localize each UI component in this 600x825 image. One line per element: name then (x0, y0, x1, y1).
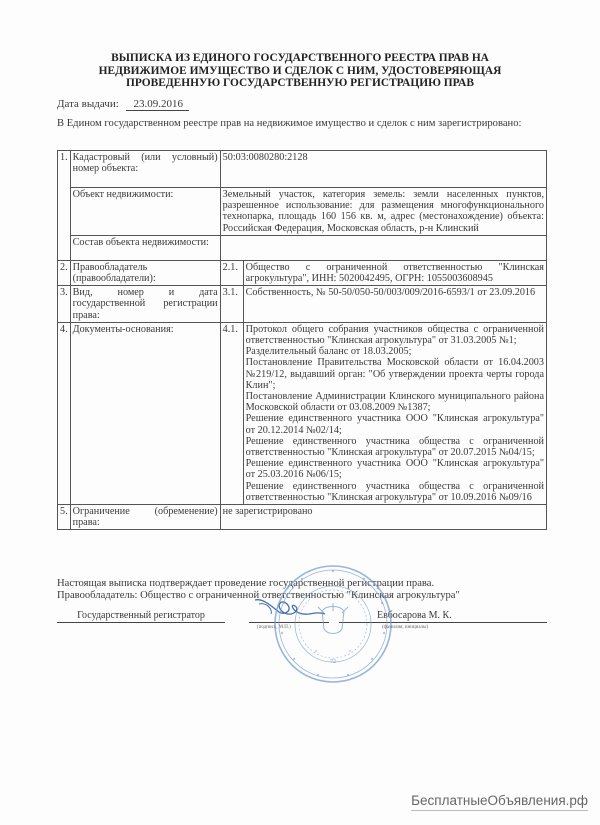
table-row: 1. Кадастровый (или условный) номер объе… (58, 151, 547, 188)
row-number: 3. (58, 286, 71, 323)
watermark: БесплатныеОбъявления.рф (411, 793, 588, 811)
rightholder-label: Правообладатель (правообладатели): (70, 260, 220, 285)
title-line: ВЫПИСКА ИЗ ЕДИНОГО ГОСУДАРСТВЕННОГО РЕЕС… (60, 52, 540, 65)
object-value: Земельный участок, категория земель: зем… (220, 188, 546, 236)
table-row: 4. Документы-основания: 4.1. Протокол об… (58, 322, 547, 504)
table-row: Состав объекта недвижимости: (58, 235, 547, 260)
document-entry: Протокол общего собрания участников обще… (246, 324, 544, 346)
document-entry: Решение единственного участника общества… (246, 481, 544, 503)
sub-number: 3.1. (220, 286, 243, 323)
document-entry: Постановление Администрации Клинского му… (246, 391, 544, 413)
encumbrance-value: не зарегистрировано (220, 505, 546, 530)
registrar-name: Евбосарова М. К. (339, 610, 547, 623)
documents-label: Документы-основания: (70, 322, 220, 504)
documents-list: Протокол общего собрания участников обще… (243, 322, 546, 504)
signature-block: Государственный регистратор (подпись, М.… (57, 610, 547, 640)
row-number: 1. (58, 151, 71, 261)
document-entry: Разделительный баланс от 18.03.2005; (246, 346, 544, 357)
registration-label: Вид, номер и дата государственной регист… (70, 286, 220, 323)
name-caption: (фамилия, инициалы) (382, 625, 428, 630)
title-line: ПРОВЕДЕННУЮ ГОСУДАРСТВЕННУЮ РЕГИСТРАЦИЮ … (60, 77, 540, 90)
encumbrance-label: Ограничение (обременение) права: (70, 505, 220, 530)
document-entry: Решение единственного участника ООО "Кли… (246, 413, 544, 435)
title-line: НЕДВИЖИМОЕ ИМУЩЕСТВО И СДЕЛОК С НИМ, УДО… (60, 65, 540, 78)
object-label: Объект недвижимости: (70, 188, 220, 236)
issue-date-label: Дата выдачи: (57, 98, 119, 110)
registration-value: Собственность, № 50-50/050-50/003/009/20… (243, 286, 546, 323)
issue-date-value: 23.09.2016 (126, 98, 190, 111)
composition-value (220, 235, 546, 260)
document-title: ВЫПИСКА ИЗ ЕДИНОГО ГОСУДАРСТВЕННОГО РЕЕС… (60, 52, 540, 90)
intro-text: В Едином государственном реестре прав на… (57, 118, 547, 130)
row-number: 2. (58, 260, 71, 285)
cadastral-value: 50:03:0080280:2128 (220, 151, 546, 188)
document-entry: Решение единственного участника ООО "Кли… (246, 458, 544, 480)
row-number: 5. (58, 505, 71, 530)
document-entry: Постановление Правительства Московской о… (246, 357, 544, 391)
document-entry: Решение единственного участника общества… (246, 436, 544, 458)
row-number: 4. (58, 322, 71, 504)
handwritten-signature-icon (249, 596, 329, 622)
stamp-number: 72 (330, 659, 336, 665)
registrar-role: Государственный регистратор (57, 610, 225, 623)
rightholder-value: Общество с ограниченной ответственностью… (243, 260, 546, 285)
signature-caption: (подпись, М.П.) (257, 625, 291, 630)
cadastral-label: Кадастровый (или условный) номер объекта… (70, 151, 220, 188)
table-row: 3. Вид, номер и дата государственной рег… (58, 286, 547, 323)
table-row: 2. Правообладатель (правообладатели): 2.… (58, 260, 547, 285)
confirmation-line: Настоящая выписка подтверждает проведени… (57, 578, 547, 590)
table-row: Объект недвижимости: Земельный участок, … (58, 188, 547, 236)
sub-number: 4.1. (220, 322, 243, 504)
issue-date: Дата выдачи: 23.09.2016 (57, 98, 189, 111)
registry-table: 1. Кадастровый (или условный) номер объе… (57, 150, 547, 530)
composition-label: Состав объекта недвижимости: (70, 235, 220, 260)
table-row: 5. Ограничение (обременение) права: не з… (58, 505, 547, 530)
signature-line (249, 610, 329, 623)
sub-number: 2.1. (220, 260, 243, 285)
